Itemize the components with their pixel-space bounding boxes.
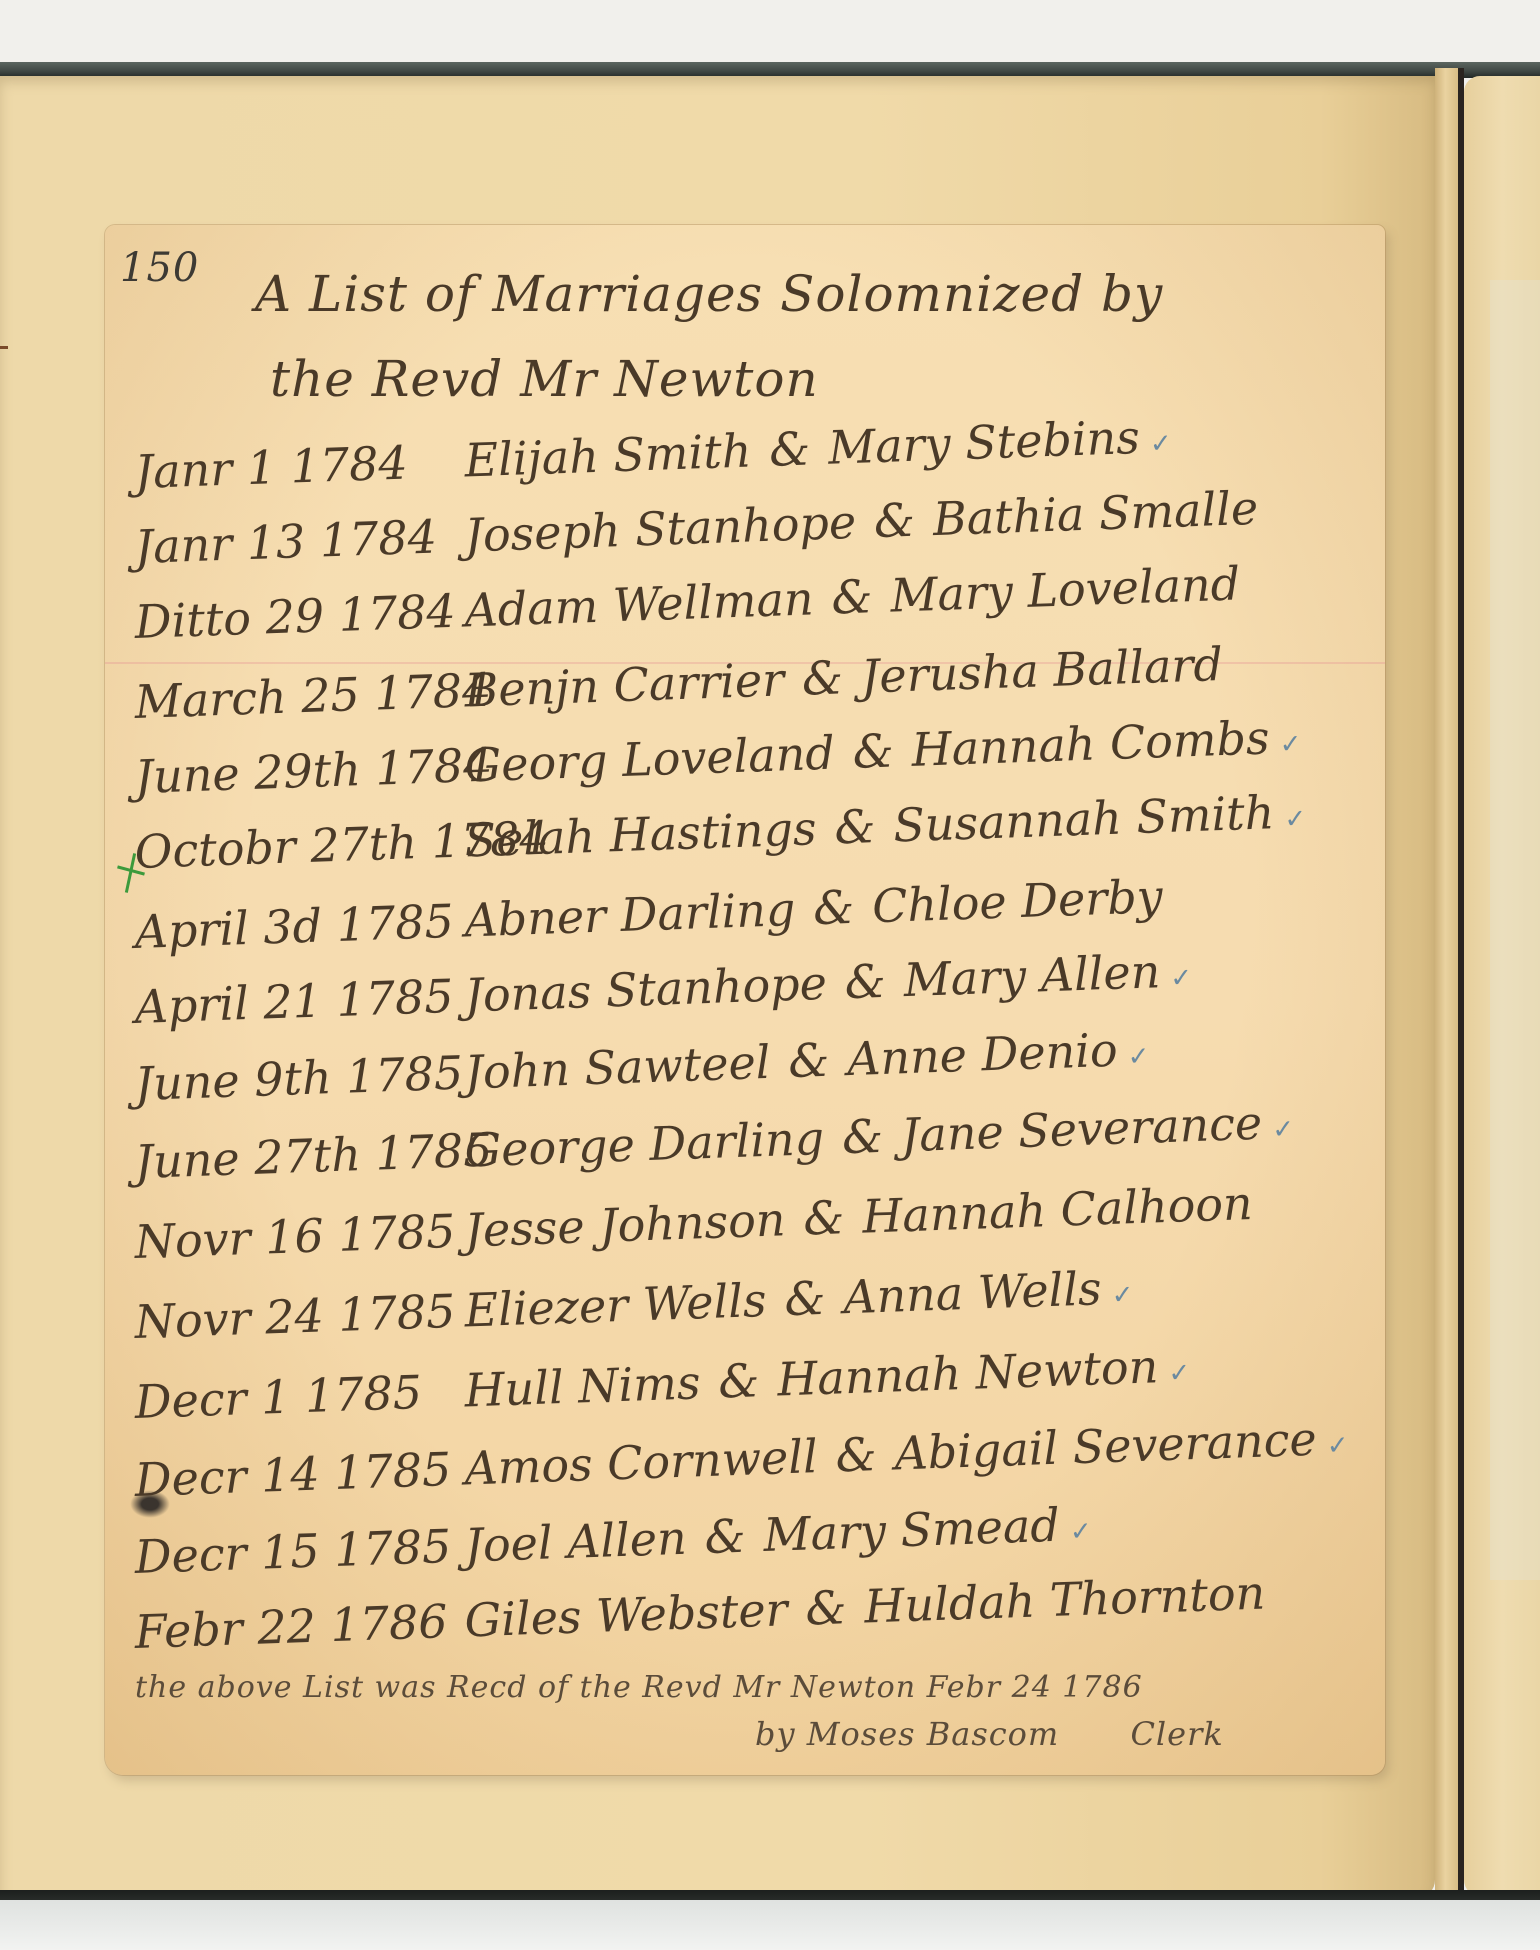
check-mark-icon: ✓ [1284, 804, 1307, 835]
ampersand: & [801, 650, 844, 705]
check-mark-icon: ✓ [1127, 1042, 1150, 1073]
ampersand: & [835, 1427, 878, 1482]
groom-name: Abner Darling [464, 882, 797, 948]
check-mark-icon: ✓ [1170, 963, 1193, 994]
check-mark-icon: ✓ [1111, 1280, 1134, 1311]
groom-name: Benjn Carrier [464, 652, 785, 717]
entry-date: Octobr 27th 1784 [134, 814, 466, 879]
groom-name: Adam Wellman [464, 571, 815, 637]
bride-name: Mary Smead [763, 1498, 1061, 1562]
groom-name: Eliezer Wells [464, 1273, 768, 1338]
bride-name: Huldah Thornton [863, 1566, 1266, 1634]
entry-date: March 25 1784 [134, 664, 466, 729]
groom-name: Jonas Stanhope [464, 956, 828, 1023]
bride-name: Hannah Newton [776, 1339, 1159, 1406]
entry-date: Decr 14 1785 [134, 1442, 466, 1507]
document-title: A List of Marriages Solomnized by [255, 265, 1163, 323]
signatory: by Moses Bascom [755, 1715, 1059, 1753]
bride-name: Chloe Derby [871, 869, 1163, 933]
scan-background [0, 1900, 1540, 1950]
ampersand: & [841, 1109, 884, 1164]
entry-date: June 9th 1785 [134, 1046, 466, 1111]
ampersand: & [844, 954, 887, 1009]
margin-mark [0, 346, 8, 349]
bride-name: Jerusha Ballard [860, 637, 1224, 704]
entry-date: Janr 1 1784 [134, 434, 466, 499]
entry-date: Febr 22 1786 [134, 1594, 466, 1659]
groom-name: Selah Hastings [464, 801, 818, 867]
entry-date: Janr 13 1784 [134, 509, 466, 574]
groom-name: Giles Webster [464, 1582, 789, 1647]
check-mark-icon: ✓ [1279, 729, 1302, 760]
groom-name: John Sawteel [464, 1035, 772, 1100]
groom-name: George Darling [464, 1111, 825, 1178]
check-mark-icon: ✓ [1326, 1431, 1349, 1462]
ampersand: & [768, 421, 811, 476]
entry-date: April 3d 1785 [134, 894, 466, 959]
ampersand: & [873, 493, 916, 548]
attestation-signature: by Moses Bascom Clerk [755, 1715, 1224, 1753]
groom-name: Elijah Smith [464, 423, 753, 487]
bride-name: Mary Stebins [827, 410, 1140, 475]
bride-name: Mary Allen [903, 944, 1161, 1007]
entry-date: April 21 1785 [134, 969, 466, 1034]
groom-name: Amos Cornwell [464, 1429, 819, 1495]
entry-date: Novr 24 1785 [134, 1284, 466, 1349]
entry-date: Ditto 29 1784 [134, 584, 466, 649]
ampersand: & [812, 880, 855, 935]
tissue-interleaf [1490, 280, 1540, 1580]
bride-name: Anna Wells [842, 1261, 1102, 1324]
ampersand: & [802, 1190, 845, 1245]
check-mark-icon: ✓ [1149, 429, 1172, 460]
page-number: 150 [120, 245, 199, 291]
bride-name: Bathia Smalle [932, 481, 1259, 546]
attestation-line: the above List was Recd of the Revd Mr N… [135, 1670, 1143, 1705]
ampersand: & [783, 1271, 826, 1326]
ampersand: & [787, 1033, 830, 1088]
entry-date: Decr 1 1785 [134, 1364, 466, 1429]
entry-date: June 27th 1785 [134, 1124, 466, 1189]
bride-name: Jane Severance [900, 1096, 1263, 1163]
ampersand: & [834, 799, 877, 854]
bride-name: Anne Denio [846, 1023, 1118, 1086]
signatory-role: Clerk [1130, 1715, 1223, 1753]
check-mark-icon: ✓ [1168, 1358, 1191, 1389]
groom-name: Georg Loveland [464, 726, 836, 793]
ampersand: & [704, 1509, 747, 1564]
groom-name: Joel Allen [464, 1511, 688, 1573]
groom-name: Jesse Johnson [464, 1192, 787, 1257]
bride-name: Hannah Calhoon [861, 1176, 1253, 1244]
document-subtitle: the Revd Mr Newton [270, 350, 819, 408]
ampersand: & [804, 1580, 847, 1635]
bride-name: Abigail Severance [894, 1412, 1318, 1481]
entry-date: Decr 15 1785 [134, 1519, 466, 1584]
entry-date: Novr 16 1785 [134, 1204, 466, 1269]
ampersand: & [717, 1353, 760, 1408]
ampersand: & [852, 724, 895, 779]
bride-name: Susannah Smith [892, 785, 1275, 852]
manuscript-sheet: 150 A List of Marriages Solomnized by th… [105, 225, 1385, 1775]
groom-name: Joseph Stanhope [464, 495, 857, 563]
bride-name: Mary Loveland [889, 556, 1240, 622]
entry-date: June 29th 1784 [134, 739, 466, 804]
groom-name: Hull Nims [464, 1355, 702, 1417]
bride-name: Hannah Combs [911, 710, 1271, 776]
ampersand: & [831, 569, 874, 624]
check-mark-icon: ✓ [1272, 1115, 1295, 1146]
check-mark-icon: ✓ [1069, 1517, 1092, 1548]
